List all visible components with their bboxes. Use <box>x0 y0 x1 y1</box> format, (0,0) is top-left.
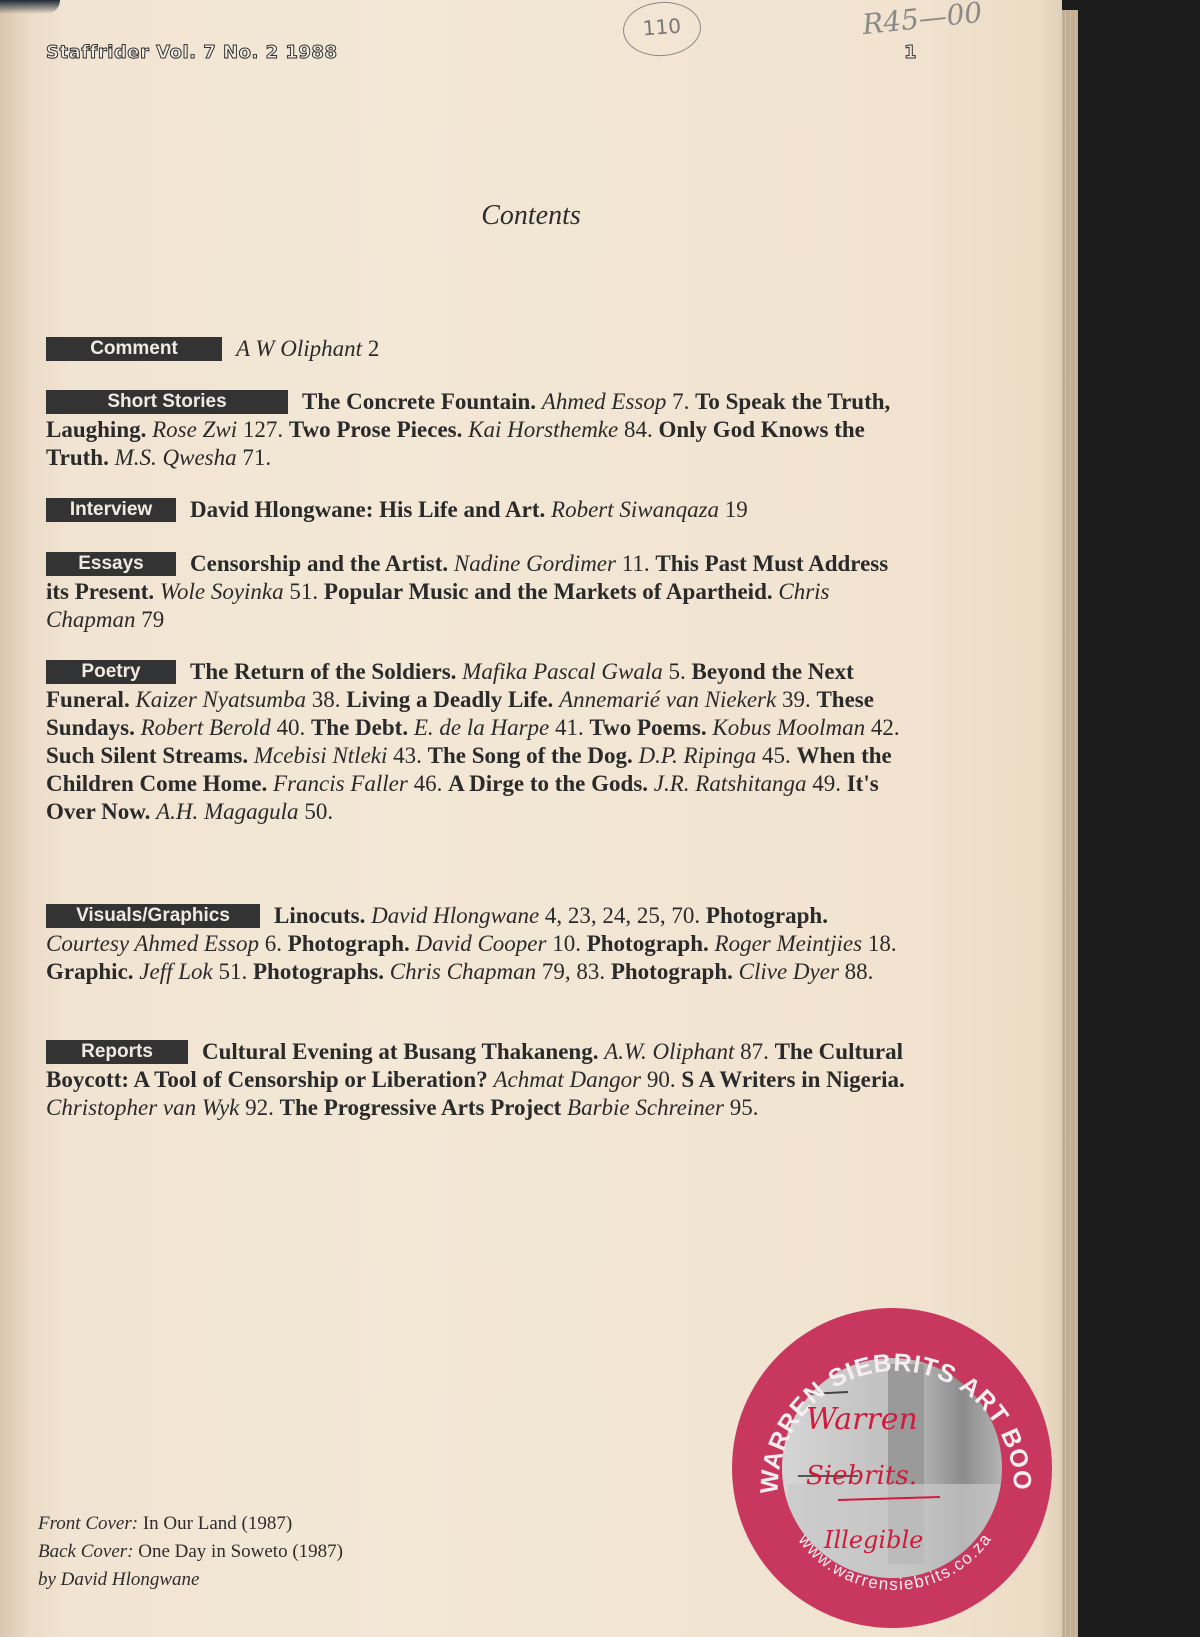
svg-text:Siebrits.: Siebrits. <box>806 1461 917 1491</box>
running-head: Staffrider Vol. 7 No. 2 1988 <box>46 42 337 63</box>
entry-title: The Progressive Arts Project <box>280 1095 562 1120</box>
contents-entry: The Return of the Soldiers. Mafika Pasca… <box>190 659 686 684</box>
entry-author: D.P. Ripinga <box>639 743 757 768</box>
entry-author: Jeff Lok <box>139 959 212 984</box>
entry-author: Kaizer Nyatsumba <box>135 687 306 712</box>
entry-title: The Song of the Dog. <box>428 743 633 768</box>
contents-entry: Cultural Evening at Busang Thakaneng. A.… <box>202 1039 769 1064</box>
section-label: Reports <box>46 1040 188 1064</box>
entry-author: Nadine Gordimer <box>454 551 616 576</box>
entry-author: Roger Meintjies <box>715 931 863 956</box>
entry-author: Robert Siwanqaza <box>551 497 719 522</box>
corner-shadow <box>0 0 60 14</box>
cover-byline: by David Hlongwane <box>38 1566 343 1594</box>
section-short-stories: Short StoriesThe Concrete Fountain. Ahme… <box>46 388 912 472</box>
entry-author: Mafika Pascal Gwala <box>462 659 663 684</box>
entry-title: The Debt. <box>311 715 408 740</box>
entry-pages: 49. <box>806 771 841 796</box>
front-cover-credit: Front Cover: In Our Land (1987) <box>38 1510 343 1538</box>
entry-pages: 50. <box>299 799 334 824</box>
entry-author: Courtesy Ahmed Essop <box>46 931 259 956</box>
entry-title: Living a Deadly Life. <box>346 687 553 712</box>
entry-pages: 90. <box>641 1067 676 1092</box>
entry-title: Such Silent Streams. <box>46 743 248 768</box>
section-poetry: PoetryThe Return of the Soldiers. Mafika… <box>46 658 912 826</box>
entry-pages: 79 <box>135 607 164 632</box>
entry-pages: 46. <box>408 771 443 796</box>
book-page: Staffrider Vol. 7 No. 2 1988 1 110 R45—0… <box>0 0 1062 1637</box>
entry-title: Graphic. <box>46 959 134 984</box>
entry-title: Cultural Evening at Busang Thakaneng. <box>202 1039 598 1064</box>
section-label: Comment <box>46 337 222 361</box>
entry-pages: 43. <box>387 743 422 768</box>
entry-author: Francis Faller <box>273 771 408 796</box>
back-cover-credit: Back Cover: One Day in Soweto (1987) <box>38 1538 343 1566</box>
entry-author: Barbie Schreiner <box>567 1095 724 1120</box>
contents-entry: David Hlongwane: His Life and Art. Rober… <box>190 497 748 522</box>
entry-pages: 4, 23, 24, 25, 70. <box>539 903 700 928</box>
section-essays: EssaysCensorship and the Artist. Nadine … <box>46 550 912 634</box>
contents-entry: Photograph. David Cooper 10. <box>288 931 581 956</box>
entry-title: Photographs. <box>253 959 384 984</box>
entry-author: Christopher van Wyk <box>46 1095 239 1120</box>
entry-author: Wole Soyinka <box>160 579 284 604</box>
contents-entry: A W Oliphant 2 <box>236 336 379 361</box>
entry-title: The Return of the Soldiers. <box>190 659 456 684</box>
entry-pages: 88. <box>839 959 874 984</box>
entry-author: Kobus Moolman <box>712 715 865 740</box>
contents-entry: A Dirge to the Gods. J.R. Ratshitanga 49… <box>448 771 841 796</box>
entry-author: Annemarié van Niekerk <box>559 687 776 712</box>
contents-entry: Linocuts. David Hlongwane 4, 23, 24, 25,… <box>274 903 700 928</box>
entry-author: David Cooper <box>416 931 547 956</box>
front-cover-value: In Our Land (1987) <box>138 1513 292 1534</box>
entry-author: E. de la Harpe <box>414 715 549 740</box>
entry-pages: 5. <box>663 659 686 684</box>
section-interview: InterviewDavid Hlongwane: His Life and A… <box>46 496 912 524</box>
page-edge <box>1062 10 1078 1637</box>
entry-pages: 39. <box>776 687 811 712</box>
entry-pages: 95. <box>724 1095 759 1120</box>
entry-author: A W Oliphant <box>236 336 362 361</box>
contents-entry: Graphic. Jeff Lok 51. <box>46 959 247 984</box>
entry-pages: 19 <box>719 497 748 522</box>
contents-entry: Photograph. Clive Dyer 88. <box>611 959 874 984</box>
section-comment: CommentA W Oliphant 2 <box>46 335 912 363</box>
entry-author: A.H. Magagula <box>156 799 298 824</box>
back-cover-value: One Day in Soweto (1987) <box>133 1541 343 1562</box>
contents-entry: The Concrete Fountain. Ahmed Essop 7. <box>302 389 689 414</box>
entry-title: Photograph. <box>611 959 733 984</box>
contents-entry: Such Silent Streams. Mcebisi Ntleki 43. <box>46 743 422 768</box>
entry-pages: 51. <box>284 579 319 604</box>
contents-entry: Two Prose Pieces. Kai Horsthemke 84. <box>289 417 653 442</box>
bookseller-sticker: WARREN SIEBRITS ART BOOKS www.warrensieb… <box>728 1304 1056 1632</box>
entry-author: Achmat Dangor <box>493 1067 641 1092</box>
section-label: Poetry <box>46 660 176 684</box>
section-reports: ReportsCultural Evening at Busang Thakan… <box>46 1038 912 1122</box>
entry-pages: 38. <box>306 687 341 712</box>
entry-pages: 10. <box>546 931 581 956</box>
contents-entry: Living a Deadly Life. Annemarié van Niek… <box>346 687 810 712</box>
front-cover-label: Front Cover: <box>38 1513 138 1534</box>
entry-pages: 42. <box>865 715 900 740</box>
entry-author: A.W. Oliphant <box>604 1039 734 1064</box>
entry-author: David Hlongwane <box>371 903 539 928</box>
entry-pages: 87. <box>734 1039 769 1064</box>
entry-author: Rose Zwi <box>152 417 237 442</box>
pencil-price-note: R45—00 <box>861 0 984 41</box>
entry-author: Mcebisi Ntleki <box>254 743 388 768</box>
entry-pages: 11. <box>616 551 650 576</box>
entry-pages: 2 <box>362 336 379 361</box>
entry-pages: 79, 83. <box>536 959 605 984</box>
entry-title: David Hlongwane: His Life and Art. <box>190 497 545 522</box>
pencil-circle-note: 110 <box>621 0 703 59</box>
entry-title: Photograph. <box>288 931 410 956</box>
entry-title: A Dirge to the Gods. <box>448 771 648 796</box>
entry-author: Clive Dyer <box>739 959 839 984</box>
page-number: 1 <box>904 42 917 63</box>
entry-title: Two Poems. <box>590 715 707 740</box>
entry-pages: 127. <box>237 417 283 442</box>
section-label: Interview <box>46 498 176 522</box>
cover-credits: Front Cover: In Our Land (1987) Back Cov… <box>38 1510 343 1594</box>
entry-title: Photograph. <box>587 931 709 956</box>
contents-entry: Photograph. Roger Meintjies 18. <box>587 931 897 956</box>
section-label: Short Stories <box>46 390 288 414</box>
entry-title: Two Prose Pieces. <box>289 417 463 442</box>
contents-entry: The Song of the Dog. D.P. Ripinga 45. <box>428 743 791 768</box>
entry-pages: 7. <box>666 389 689 414</box>
section-visuals-graphics: Visuals/GraphicsLinocuts. David Hlongwan… <box>46 902 912 986</box>
entry-author: Robert Berold <box>141 715 271 740</box>
entry-title: Popular Music and the Markets of Aparthe… <box>324 579 773 604</box>
contents-entry: The Debt. E. de la Harpe 41. <box>311 715 584 740</box>
entry-title: S A Writers in Nigeria. <box>681 1067 904 1092</box>
entry-pages: 92. <box>239 1095 274 1120</box>
entry-pages: 84. <box>618 417 653 442</box>
contents-entry: Photographs. Chris Chapman 79, 83. <box>253 959 605 984</box>
entry-title: The Concrete Fountain. <box>302 389 536 414</box>
entry-pages: 45. <box>756 743 791 768</box>
entry-title: Linocuts. <box>274 903 365 928</box>
section-label: Essays <box>46 552 176 576</box>
entry-pages: 18. <box>862 931 897 956</box>
entry-pages: 41. <box>549 715 584 740</box>
back-cover-label: Back Cover: <box>38 1541 133 1562</box>
contents-entry: Two Poems. Kobus Moolman 42. <box>590 715 900 740</box>
section-label: Visuals/Graphics <box>46 904 260 928</box>
entry-author: Ahmed Essop <box>542 389 667 414</box>
entry-pages: 71. <box>237 445 272 470</box>
entry-author: Chris Chapman <box>390 959 536 984</box>
svg-text:Illegible: Illegible <box>823 1526 923 1554</box>
entry-author: M.S. Qwesha <box>115 445 237 470</box>
entry-author: Kai Horsthemke <box>468 417 618 442</box>
entry-pages: 51. <box>213 959 248 984</box>
contents-entry: The Progressive Arts Project Barbie Schr… <box>280 1095 759 1120</box>
entry-title: Photograph. <box>706 903 828 928</box>
entry-title: Censorship and the Artist. <box>190 551 448 576</box>
entry-pages: 6. <box>259 931 282 956</box>
entry-author: J.R. Ratshitanga <box>654 771 807 796</box>
contents-entry: Censorship and the Artist. Nadine Gordim… <box>190 551 650 576</box>
svg-text:Warren: Warren <box>806 1402 918 1437</box>
entry-pages: 40. <box>271 715 306 740</box>
page-title: Contents <box>0 200 1062 232</box>
